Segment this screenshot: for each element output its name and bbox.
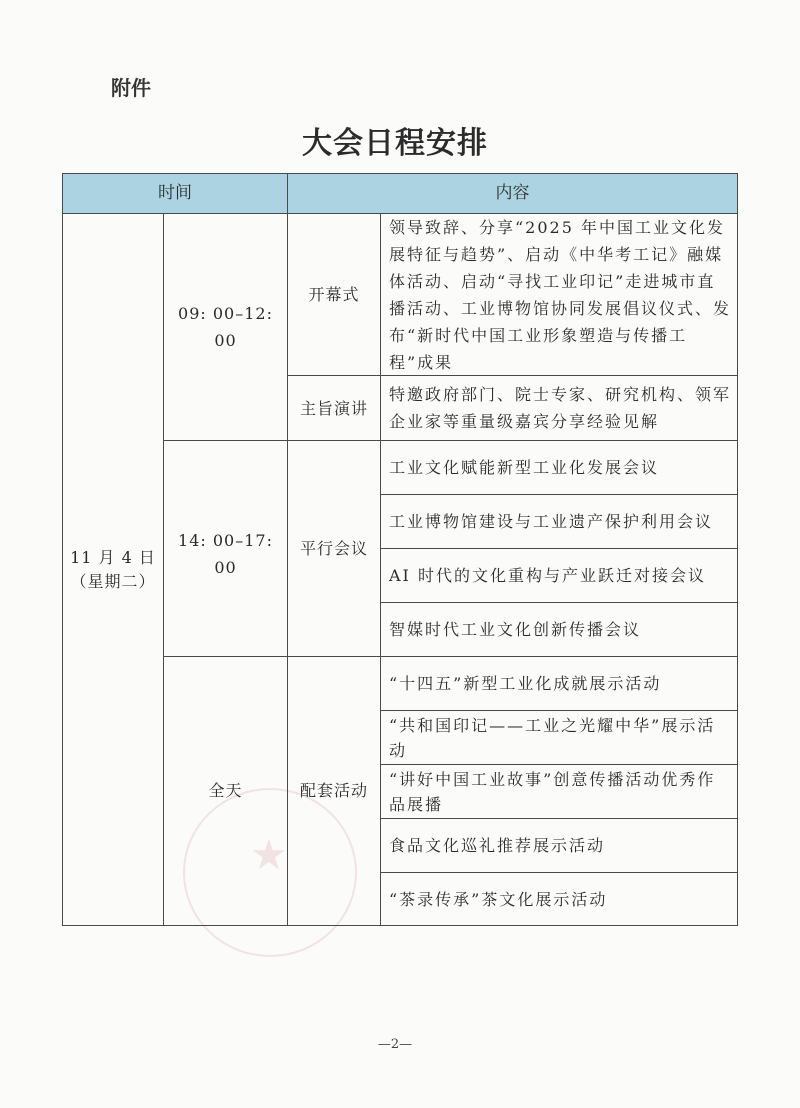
content-supporting-5: “茶录传承”茶文化展示活动 xyxy=(380,872,738,926)
session-time-morning: 09: 00–12: 00 xyxy=(163,213,288,441)
category-parallel: 平行会议 xyxy=(287,440,381,657)
content-parallel-1: 工业文化赋能新型工业化发展会议 xyxy=(380,440,738,495)
date-text: 11 月 4 日 xyxy=(70,546,156,570)
weekday-text: （星期二） xyxy=(70,570,155,594)
page-number: —2— xyxy=(0,1037,790,1052)
category-opening: 开幕式 xyxy=(287,213,381,376)
header-content: 内容 xyxy=(287,173,738,214)
attachment-label: 附件 xyxy=(111,72,151,101)
header-time: 时间 xyxy=(62,173,288,214)
date-cell: 11 月 4 日 （星期二） xyxy=(62,213,164,926)
content-opening: 领导致辞、分享“2025 年中国工业文化发展特征与趋势”、启动《中华考工记》融媒… xyxy=(380,213,738,376)
content-supporting-4: 食品文化巡礼推荐展示活动 xyxy=(380,818,738,873)
session-time-allday: 全天 xyxy=(163,656,288,926)
document-title: 大会日程安排 xyxy=(0,118,790,162)
content-supporting-3: “讲好中国工业故事”创意传播活动优秀作品展播 xyxy=(380,764,738,819)
content-parallel-2: 工业博物馆建设与工业遗产保护利用会议 xyxy=(380,494,738,549)
category-supporting: 配套活动 xyxy=(287,656,381,926)
schedule-table: 时间 内容 11 月 4 日 （星期二） 09: 00–12: 00 开幕式 领… xyxy=(62,173,738,926)
content-parallel-4: 智媒时代工业文化创新传播会议 xyxy=(380,602,738,657)
content-keynote: 特邀政府部门、院士专家、研究机构、领军企业家等重量级嘉宾分享经验见解 xyxy=(380,375,738,441)
content-supporting-1: “十四五”新型工业化成就展示活动 xyxy=(380,656,738,711)
category-keynote: 主旨演讲 xyxy=(287,375,381,441)
content-parallel-3: AI 时代的文化重构与产业跃迁对接会议 xyxy=(380,548,738,603)
content-supporting-2: “共和国印记——工业之光耀中华”展示活动 xyxy=(380,710,738,765)
session-time-afternoon: 14: 00–17: 00 xyxy=(163,440,288,657)
